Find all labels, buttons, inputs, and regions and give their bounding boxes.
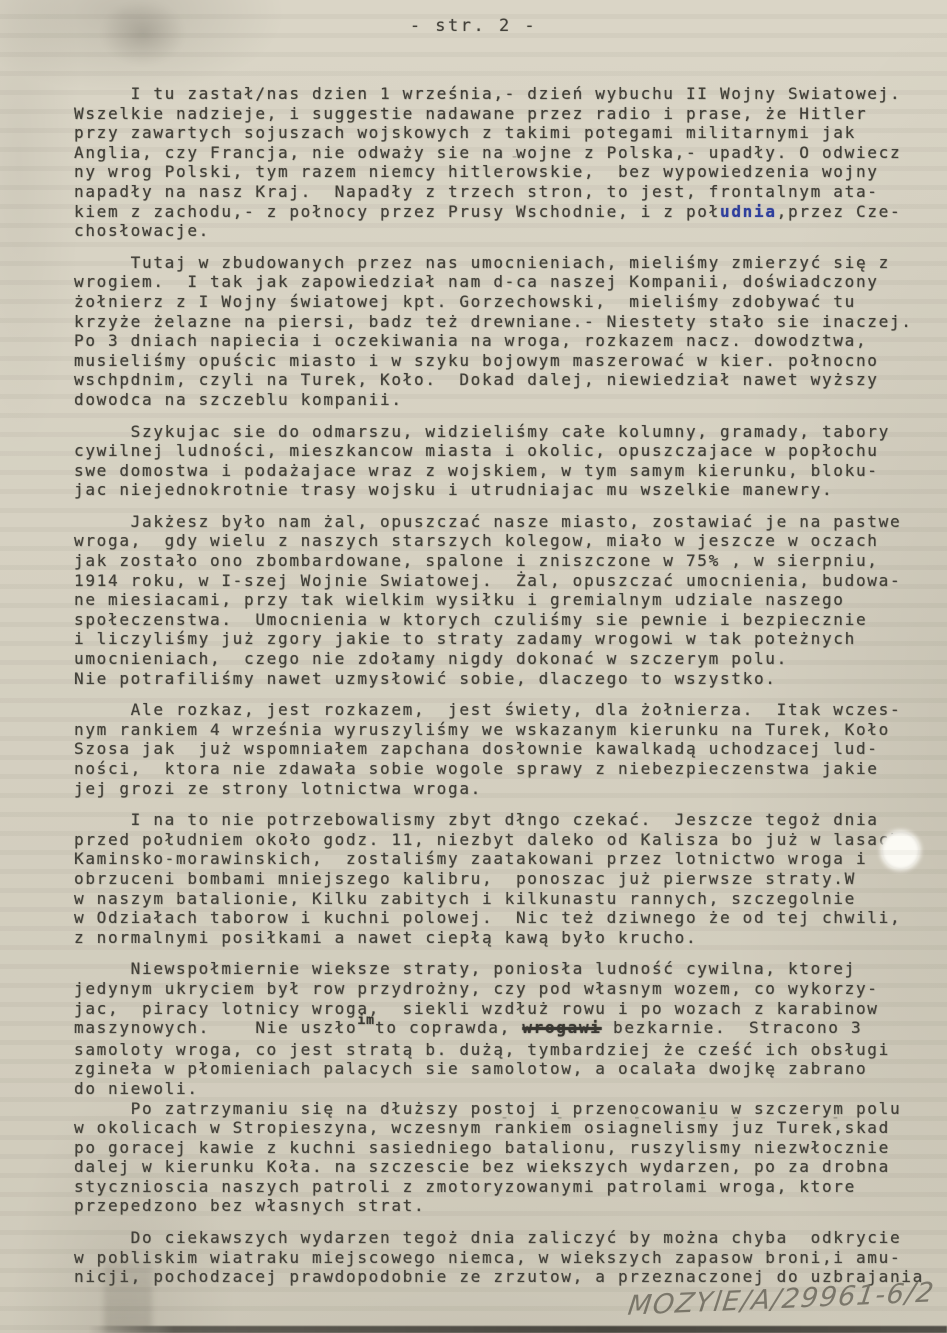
- struck-out-word: wrogawi: [522, 1018, 601, 1037]
- paragraph-1-text: I tu zastał/nas dzien 1 września,- dzień…: [74, 84, 901, 221]
- blue-ink-correction: udnia: [720, 202, 777, 221]
- page-number-header: - str. 2 -: [0, 16, 947, 36]
- paragraph-9: Do ciekawszych wydarzen tegoż dnia zalic…: [74, 1228, 939, 1287]
- paragraph-6: I na to nie potrzebowalismy zbyt dłngo c…: [74, 810, 939, 947]
- scanned-page: - str. 2 - I tu zastał/nas dzien 1 wrześ…: [0, 0, 947, 1333]
- paper-smudge-top-left: [78, 0, 208, 95]
- handwritten-insertion: im: [357, 1013, 375, 1028]
- paragraph-5: Ale rozkaz, jest rozkazem, jest świety, …: [74, 700, 939, 798]
- paragraph-7: Niewspołmiernie wieksze straty, poniosła…: [74, 959, 939, 1098]
- punch-hole: [882, 832, 919, 869]
- paragraph-2: Tutaj w zbudowanych przez nas umocnienia…: [74, 253, 939, 410]
- scan-edge-bottom: [88, 1326, 947, 1333]
- paragraph-7-text-mid: to coprawda,: [375, 1018, 522, 1037]
- paragraph-3: Szykujac sie do odmarszu, widzieliśmy ca…: [74, 422, 939, 500]
- bleedthrough-dashes-top: - -: [510, 147, 642, 165]
- bleedthrough-dashes-bottom: - - - - - -: [500, 1108, 842, 1126]
- paragraph-1: I tu zastał/nas dzien 1 września,- dzień…: [74, 84, 939, 241]
- paragraph-4: Jakżesz było nam żal, opuszczać nasze mi…: [74, 512, 939, 688]
